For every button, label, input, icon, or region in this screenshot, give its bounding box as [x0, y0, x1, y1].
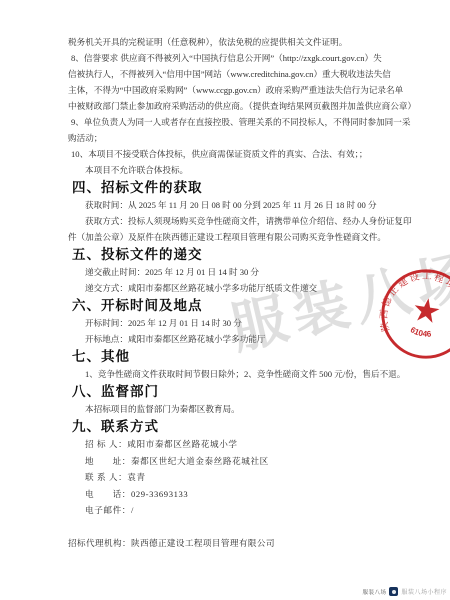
section-heading: 五、投标文件的递交: [68, 245, 398, 264]
doc-line: 招标代理机构：陕西德正建设工程项目管理有限公司: [68, 535, 398, 551]
doc-line: 税务机关开具的完税证明（任意税种），依法免税的应提供相关文件证明。: [68, 34, 398, 50]
doc-line: 递交方式：咸阳市秦都区丝路花城小学多功能厅纸质文件递交: [68, 280, 398, 296]
section-heading: 七、其他: [68, 347, 398, 366]
doc-line: 信被执行人，不得被列入“信用中国”网站（www.creditchina.gov.…: [68, 66, 398, 82]
doc-line: 件（加盖公章）及原件在陕西德正建设工程项目管理有限公司购买竞争性磋商文件。: [68, 229, 398, 245]
doc-line: 8、信誉要求 供应商不得被列入“中国执行信息公开网”（http://zxgk.c…: [68, 50, 398, 66]
doc-line: 主体，不得为“中国政府采购网”（www.ccgp.gov.cn）政府采购严重违法…: [68, 82, 398, 98]
scanned-tender-document-page: 税务机关开具的完税证明（任意税种），依法免税的应提供相关文件证明。8、信誉要求 …: [0, 0, 450, 600]
section-heading: 六、开标时间及地点: [68, 296, 398, 315]
doc-line: 9、单位负责人为同一人或者存在直接控股、管理关系的不同投标人，不得同时参加同一采: [68, 114, 398, 130]
badge-right-text: 服装八场小程序: [401, 587, 447, 596]
badge-left-text: 服装八场: [362, 588, 386, 596]
doc-line: 购活动；: [68, 130, 398, 146]
footer-watermark-badge: 服装八场 服装八场小程序: [362, 586, 447, 597]
doc-line: 递交截止时间：2025 年 12 月 01 日 14 时 30 分: [68, 264, 398, 280]
doc-line: 10、本项目不接受联合体投标，供应商需保证资质文件的真实、合法、有效；；: [68, 146, 398, 162]
app-logo-icon: [389, 587, 398, 596]
doc-line: 联 系 人：袁青: [68, 469, 398, 486]
doc-line: 开标地点：咸阳市秦都区丝路花城小学多功能厅: [68, 331, 398, 347]
red-seal-stamp: 陕西德正建设工程项目管理有限公司 61046 ★: [371, 259, 450, 369]
doc-line: 1、竞争性磋商文件获取时间节假日除外；2、竞争性磋商文件 500 元/份，售后不…: [68, 366, 398, 382]
doc-line: 本项目不允许联合体投标。: [68, 162, 398, 178]
star-icon: ★: [409, 290, 444, 332]
doc-line: 电子邮件：/: [68, 502, 398, 519]
doc-line: 本招标项目的监督部门为秦都区教育局。: [68, 401, 398, 417]
section-heading: 八、监督部门: [68, 382, 398, 401]
doc-line: 地 址：秦都区世纪大道金泰丝路花城社区: [68, 453, 398, 470]
section-heading: 四、招标文件的获取: [68, 178, 398, 197]
doc-line: 开标时间：2025 年 12 月 01 日 14 时 30 分: [68, 315, 398, 331]
doc-line: 电 话：029-33693133: [68, 486, 398, 503]
doc-line: 获取时间：从 2025 年 11 月 20 日 08 时 00 分到 2025 …: [68, 197, 398, 213]
doc-line: 获取方式：投标人须现场购买竞争性磋商文件，请携带单位介绍信、经办人身份证复印: [68, 213, 398, 229]
doc-line: 中被财政部门禁止参加政府采购活动的供应商。（提供查询结果网页截图并加盖供应商公章…: [68, 98, 398, 114]
section-heading: 九、联系方式: [68, 417, 398, 436]
document-body: 税务机关开具的完税证明（任意税种），依法免税的应提供相关文件证明。8、信誉要求 …: [68, 34, 398, 551]
doc-line: 招 标 人：咸阳市秦都区丝路花城小学: [68, 436, 398, 453]
